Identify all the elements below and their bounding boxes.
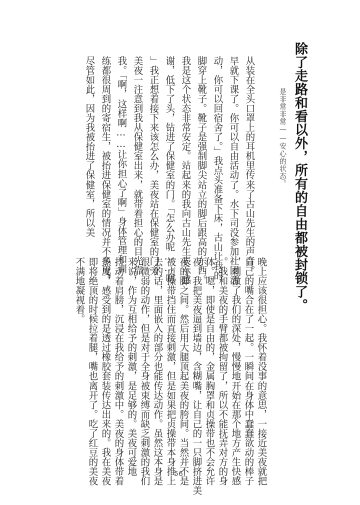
text-column: 早就下课了。你可以自由活动了。水下司没参加社团活 — [228, 56, 237, 285]
text-column: 抖动着肩膀，沉浸在我给予的刺激中。美夜的身体带着 — [113, 257, 122, 486]
text-column: 去的话，里面嵌入的部分也能传达动作。虽然这本身是 — [152, 257, 161, 486]
text-column: 我。「啊，这样啊……让你担心了啊」身体管理和训 — [116, 56, 125, 274]
text-column: 很微弱的动作，但是对于全身被束缚而缺乏刺激的我们 — [139, 257, 148, 486]
book-page: 除了走路和看以外，所有的自由都被封锁了。 是非常非常——安心的状态。 从装在全头… — [0, 0, 360, 505]
text-column: 练都很周到的寄宿生，被抬进保健室的情况并不多见。 — [100, 56, 109, 285]
text-column: 不满地凝视着。 — [74, 257, 83, 324]
text-column: 晚上应该很担心。我怀着没事的意思，一接近美夜就把 — [256, 257, 265, 486]
text-column: 动，你可以回宿舍了。」我点头准备下床，古山让我的 — [212, 56, 221, 280]
chapter-title: 除了走路和看以外，所有的自由都被封锁了。 — [293, 42, 306, 312]
text-column: 美夜一注意到我从保健室出来，就带着担心的目光靠 — [132, 56, 141, 275]
text-column: 。我和美夜的手臂都被拘留了，所以不能抚弄对方的身 — [217, 257, 226, 486]
text-column: 热度，感受到的是透过橡胶套装传达出来的。我在美夜 — [100, 257, 109, 486]
text-column: 从装在全头口罩上的耳机里传来了古山先生的声音。 — [244, 56, 253, 275]
text-column: 脚穿上靴子。靴子是强制脚尖站立的脚后跟高的东西。 — [196, 56, 205, 285]
text-column: 夜。我把美夜逼到墙边，含糊嘴，让自己的一只脚挤进美 — [191, 257, 200, 496]
text-column: 来说，作为互相给予的刺激，是足够的。美夜可爱地 — [126, 257, 135, 476]
chapter-subtitle: 是非常非常——安心的状态。 — [279, 88, 286, 188]
text-column: 谢，低下了头，钻进了保健室的门。「怎么办呢……嗯 — [164, 56, 173, 284]
text-column: 被贞操带挡住而直接刺激，但是如果把贞操带本身推上 — [165, 257, 174, 486]
text-column: 我是这个状态非常安定。站起来的我向古山先生表示感 — [180, 56, 189, 285]
text-column: 」我正想着接下来该怎么办，美夜站在保健室的门旁 — [148, 56, 157, 275]
text-column: 夜的脚之间。然后用大腿顶起美夜的胯间。当然并不是 — [178, 257, 187, 486]
text-column: 即将绝顶的时候拉着腿，嘴也离开了。吃了红豆的美夜 — [87, 257, 96, 486]
text-column: 尽管如此，因为我被抬进了保健室，所以美 — [84, 56, 93, 237]
text-column: ，刺激了我们的深处，慢慢地开始在那个地方产生快感 — [230, 257, 239, 486]
text-column: 体。嗯，即使是自由的，金属胸罩和贞操带也不会允许 — [204, 257, 213, 486]
page-number: 56 — [174, 470, 183, 478]
text-column: 自己的嘴合在了一起。一瞬间在身体中蠢蠢欲动的棒子 — [243, 257, 252, 486]
